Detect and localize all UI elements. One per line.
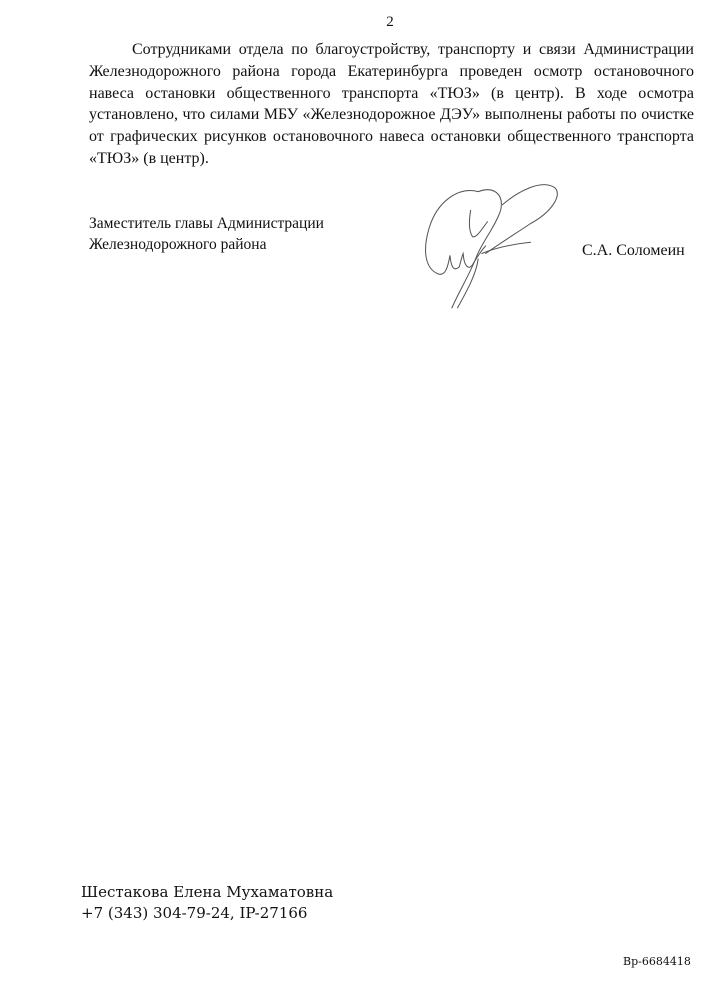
executor-contacts: +7 (343) 304-79-24, IP-27166 [81, 903, 333, 924]
page-number: 2 [0, 14, 709, 31]
executor-info: Шестакова Елена Мухаматовна +7 (343) 304… [81, 882, 333, 924]
signer-position: Заместитель главы Администрации Железнод… [89, 213, 324, 255]
main-paragraph: Сотрудниками отдела по благоустройству, … [89, 39, 694, 170]
handwritten-signature-icon [420, 176, 570, 316]
executor-name: Шестакова Елена Мухаматовна [81, 882, 333, 903]
registration-number: Вр-6684418 [623, 955, 691, 968]
position-line-1: Заместитель главы Администрации [89, 213, 324, 234]
signer-name: С.А. Соломеин [582, 242, 685, 260]
body-text: Сотрудниками отдела по благоустройству, … [89, 39, 694, 170]
position-line-2: Железнодорожного района [89, 234, 324, 255]
